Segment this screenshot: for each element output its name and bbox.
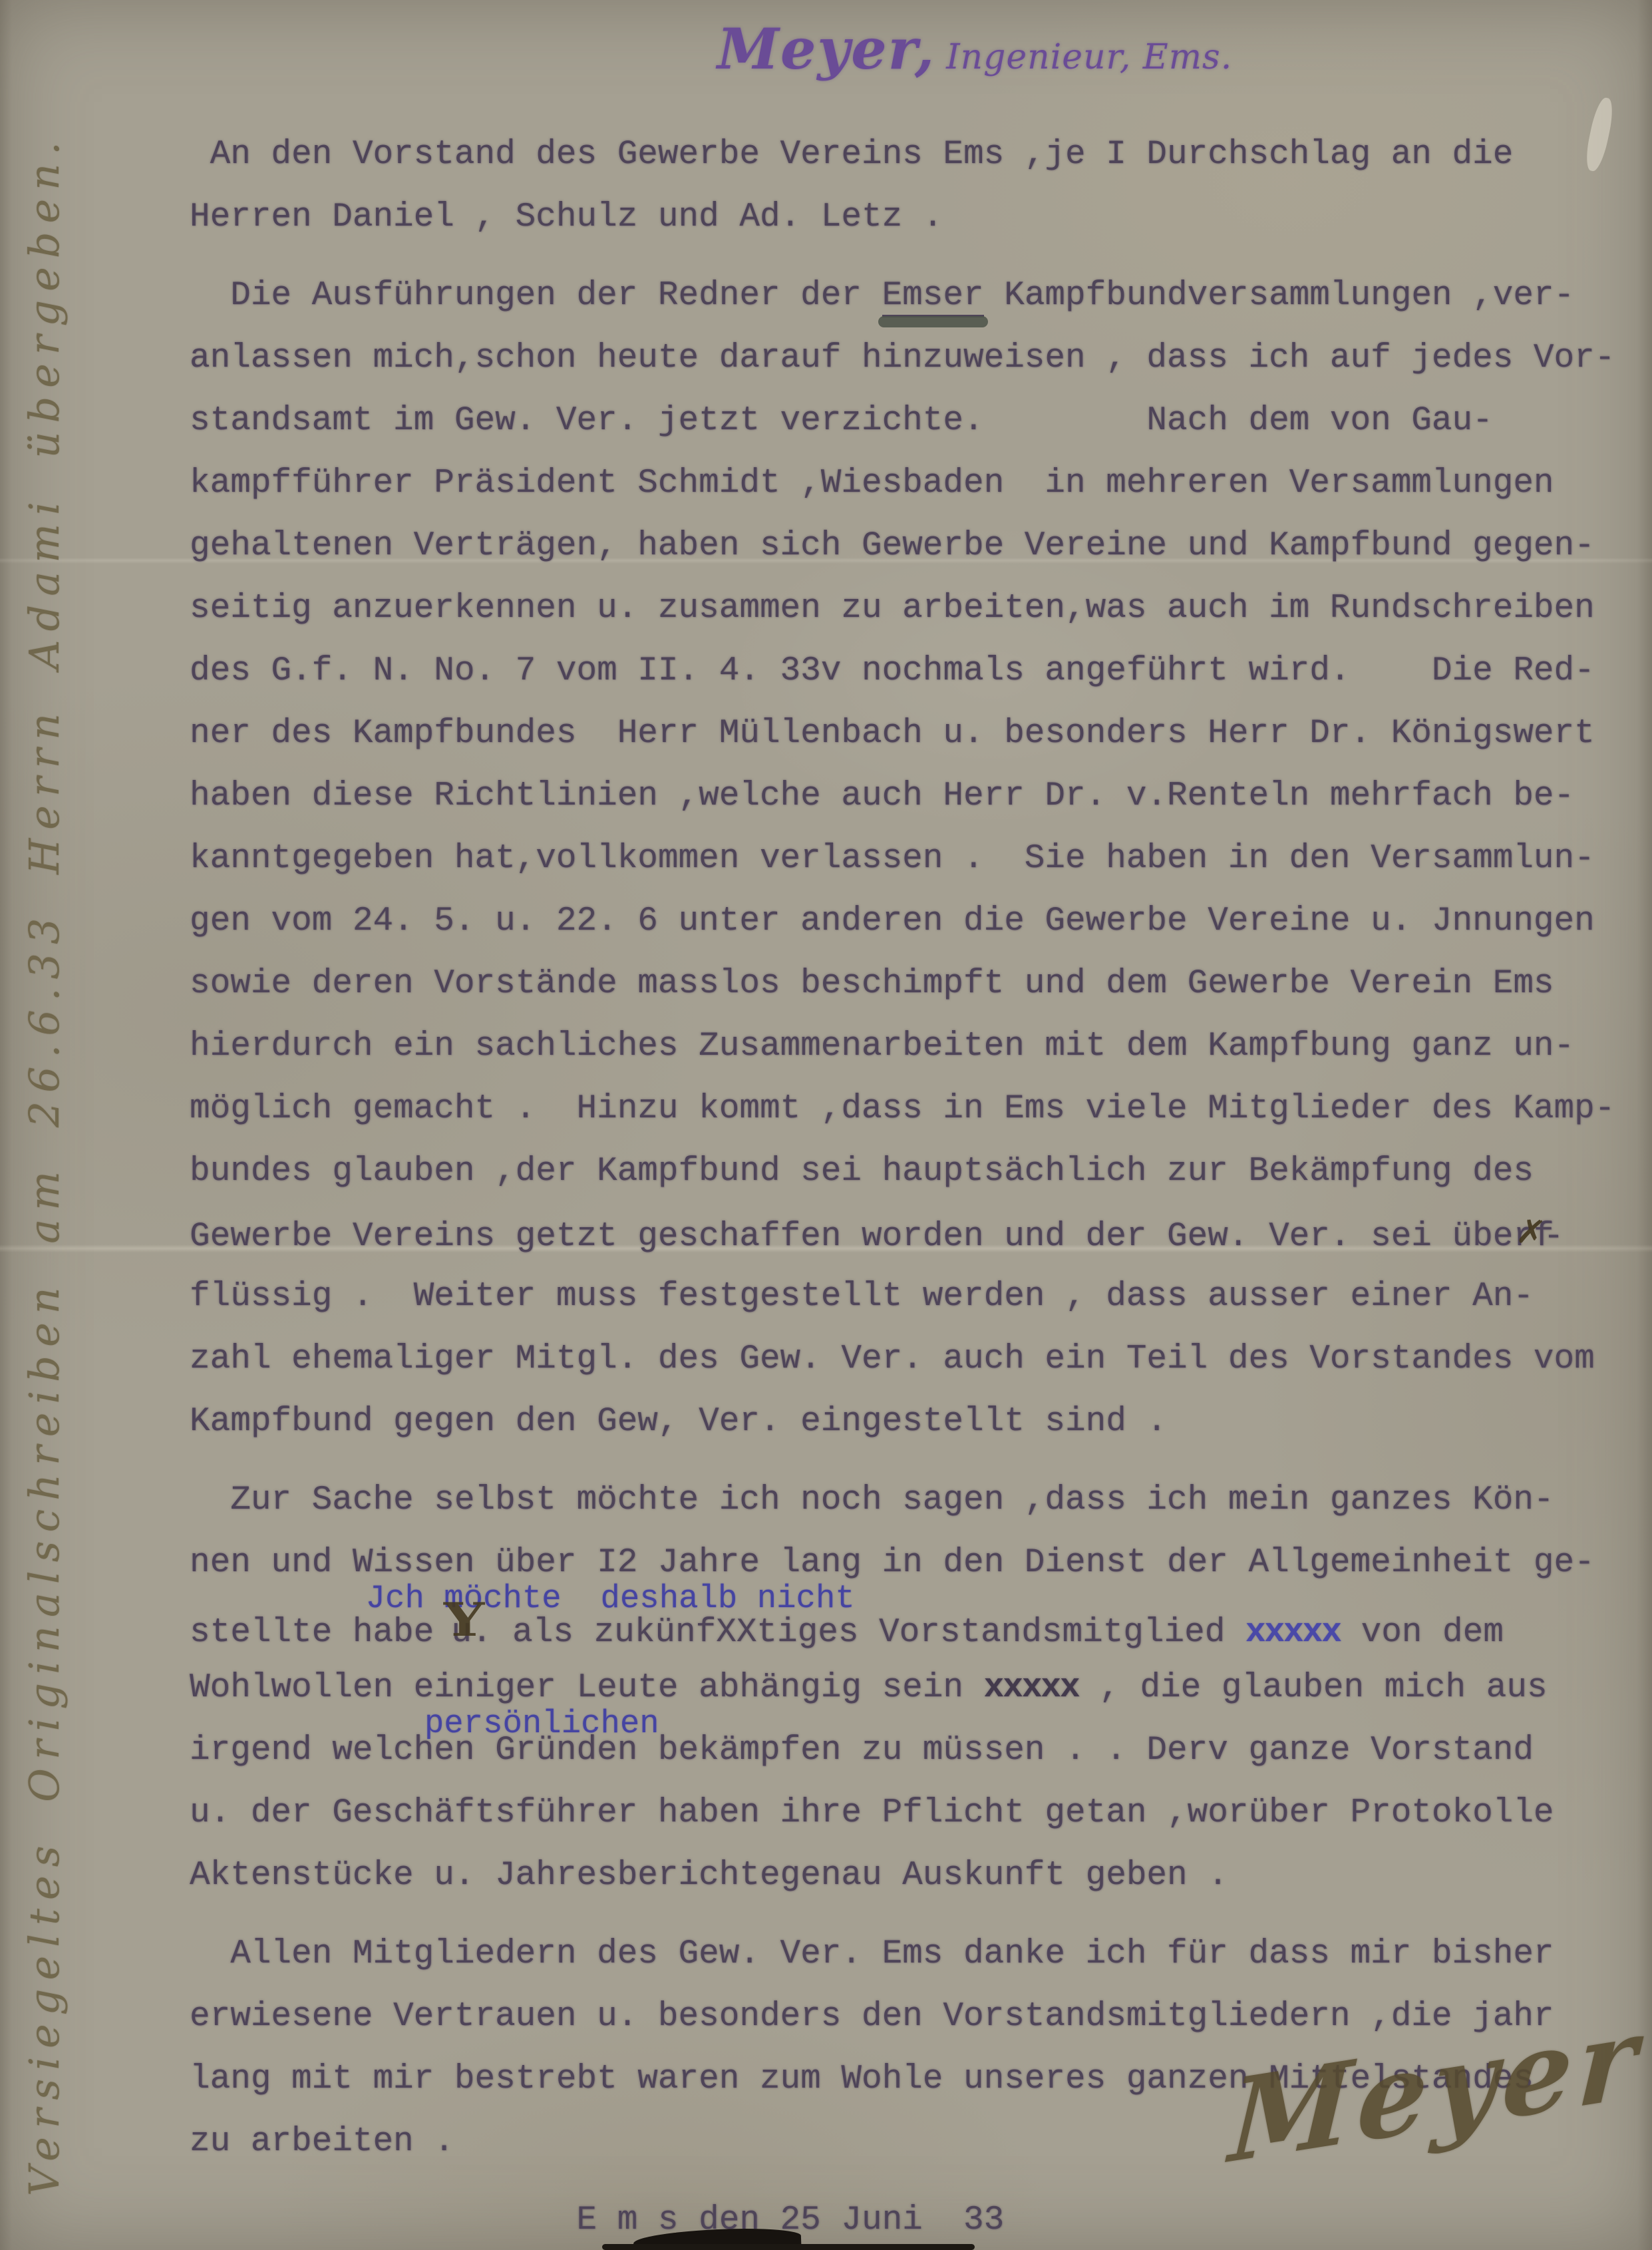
typed-line: Herren Daniel , Schulz und Ad. Letz . (190, 186, 1613, 249)
typed-text: kampfführer Präsident Schmidt ,Wiesbaden… (190, 465, 1554, 502)
typed-text: von dem (1341, 1614, 1504, 1652)
typed-text: flüssig . Weiter muss festgestellt werde… (190, 1278, 1534, 1316)
pen-insertion-mark: Y (444, 1589, 484, 1652)
typed-line: hierdurch ein sachliches Zusammenarbeite… (190, 1016, 1613, 1078)
typed-text: Kampfbundversammlungen ,ver- (984, 277, 1575, 315)
typed-text: haben diese Richtlinien ,welche auch Her… (190, 777, 1574, 815)
typed-text: Allen Mitgliedern des Gew. Ver. Ems dank… (190, 1935, 1554, 1973)
typed-text: sowie deren Vorstände masslos beschimpft… (190, 965, 1554, 1003)
typed-line: seitig anzuerkennen u. zusammen zu arbei… (190, 578, 1613, 640)
blue-correction: persönlichen (190, 1705, 659, 1742)
typed-text: zahl ehemaliger Mitgl. des Gew. Ver. auc… (190, 1340, 1595, 1378)
typed-text: u. als zukünfXXtiges Vorstandsmitglied (451, 1614, 1245, 1652)
typed-text: stellte habe (190, 1614, 454, 1652)
typed-text: erwiesene Vertrauen u. besonders den Vor… (190, 1998, 1554, 2036)
typed-text: kanntgegeben hat,vollkommen verlassen . … (190, 840, 1595, 878)
typed-text: ner des Kampfbundes Herr Müllenbach u. b… (190, 715, 1595, 753)
letterhead-stamp: Meyer,Ingenieur, Ems. (717, 16, 1232, 82)
typed-line: Kampfbund gegen den Gew, Ver. eingestell… (190, 1391, 1613, 1453)
typed-line: möglich gemacht . Hinzu kommt ,dass in E… (190, 1078, 1613, 1141)
typed-text: , die glauben mich aus (1079, 1669, 1548, 1707)
date-line: E m s den 25 Juni 33 (190, 2189, 1613, 2250)
typed-line: Zur Sache selbst möchte ich noch sagen ,… (190, 1469, 1613, 1532)
underlined-word: Emser (882, 277, 984, 317)
typed-text: Herren Daniel , Schulz und Ad. Letz . (190, 198, 943, 236)
typed-text: bundes glauben ,der Kampfbund sei haupts… (190, 1153, 1534, 1191)
blue-correction: Jch möchte deshalb nicht (190, 1580, 855, 1617)
typed-text: standsamt im Gew. Ver. jetzt verzichte. … (190, 402, 1493, 440)
typed-line: sowie deren Vorstände masslos beschimpft… (190, 953, 1613, 1016)
typed-text: anlassen mich,schon heute darauf hinzuwe… (190, 339, 1615, 377)
typed-text: - (1544, 1218, 1564, 1256)
typed-line: flüssig . Weiter muss festgestellt werde… (190, 1266, 1613, 1328)
typed-line: ner des Kampfbundes Herr Müllenbach u. b… (190, 703, 1613, 765)
typed-line: anlassen mich,schon heute darauf hinzuwe… (190, 327, 1613, 390)
scanned-letter-page: Meyer,Ingenieur, Ems. Versiegeltes Origi… (0, 0, 1652, 2250)
typed-line: An den Vorstand des Gewerbe Vereins Ems … (190, 124, 1613, 186)
typed-text: möglich gemacht . Hinzu kommt ,dass in E… (190, 1090, 1615, 1128)
overstrike-xxxxx: xxxxx (984, 1669, 1079, 1707)
typed-line: bundes glauben ,der Kampfbund sei haupts… (190, 1141, 1613, 1203)
typed-text: u. der Geschäftsführer haben ihre Pflich… (190, 1794, 1554, 1832)
typed-line: kampfführer Präsident Schmidt ,Wiesbaden… (190, 453, 1613, 515)
letterhead-descriptor: Ingenieur, Ems. (946, 37, 1232, 77)
typed-text: Zur Sache selbst möchte ich noch sagen ,… (190, 1481, 1554, 1519)
typed-text: Aktenstücke u. Jahresberichtegenau Ausku… (190, 1857, 1228, 1895)
date-text: E m s den 25 Juni 33 (190, 2201, 1004, 2239)
typed-line: des G.f. N. No. 7 vom II. 4. 33v nochmal… (190, 640, 1613, 703)
typed-text: zu arbeiten . (190, 2123, 454, 2161)
typed-line: zahl ehemaliger Mitgl. des Gew. Ver. auc… (190, 1328, 1613, 1391)
typed-text: An den Vorstand des Gewerbe Vereins Ems … (190, 136, 1513, 174)
typed-letter-body: An den Vorstand des Gewerbe Vereins Ems … (190, 124, 1613, 2250)
letterhead-name: Meyer, (717, 16, 935, 82)
typed-line: haben diese Richtlinien ,welche auch Her… (190, 765, 1613, 828)
page-bottom-edge (602, 2244, 975, 2250)
typed-line: standsamt im Gew. Ver. jetzt verzichte. … (190, 390, 1613, 453)
typed-text: hierdurch ein sachliches Zusammenarbeite… (190, 1028, 1574, 1065)
typed-text: gen vom 24. 5. u. 22. 6 unter anderen di… (190, 902, 1595, 940)
typed-line: u. der Geschäftsführer haben ihre Pflich… (190, 1782, 1613, 1845)
typed-line: kanntgegeben hat,vollkommen verlassen . … (190, 828, 1613, 890)
typed-text: gehaltenen Verträgen, haben sich Gewerbe… (190, 527, 1595, 565)
typed-line: Die Ausführungen der Redner der Emser Ka… (190, 265, 1613, 327)
margin-handwritten-note: Versiegeltes Originalschreiben am 26.6.3… (20, 0, 69, 2196)
typed-text: des G.f. N. No. 7 vom II. 4. 33v nochmal… (190, 652, 1595, 690)
typed-line: Allen Mitgliedern des Gew. Ver. Ems dank… (190, 1923, 1613, 1986)
typed-text: Gewerbe Vereins getzt geschaffen worden … (190, 1218, 1534, 1256)
typed-text: nen und Wissen über I2 Jahre lang in den… (190, 1544, 1595, 1582)
typed-text: seitig anzuerkennen u. zusammen zu arbei… (190, 590, 1595, 628)
typed-text: Wohlwollen einiger Leute abhängig sein (190, 1669, 984, 1707)
typed-text: Kampfbund gegen den Gew, Ver. eingestell… (190, 1403, 1167, 1441)
typed-line: gehaltenen Verträgen, haben sich Gewerbe… (190, 515, 1613, 578)
typed-text: Die Ausführungen der Redner der (190, 277, 882, 315)
typed-line: Gewerbe Vereins getzt geschaffen worden … (190, 1203, 1613, 1266)
overstrike-xxxxx: xxxxx (1245, 1614, 1341, 1652)
pen-crossout-mark: ✗ (1514, 1201, 1548, 1266)
typed-line: gen vom 24. 5. u. 22. 6 unter anderen di… (190, 890, 1613, 953)
typed-line: Aktenstücke u. Jahresberichtegenau Ausku… (190, 1845, 1613, 1907)
